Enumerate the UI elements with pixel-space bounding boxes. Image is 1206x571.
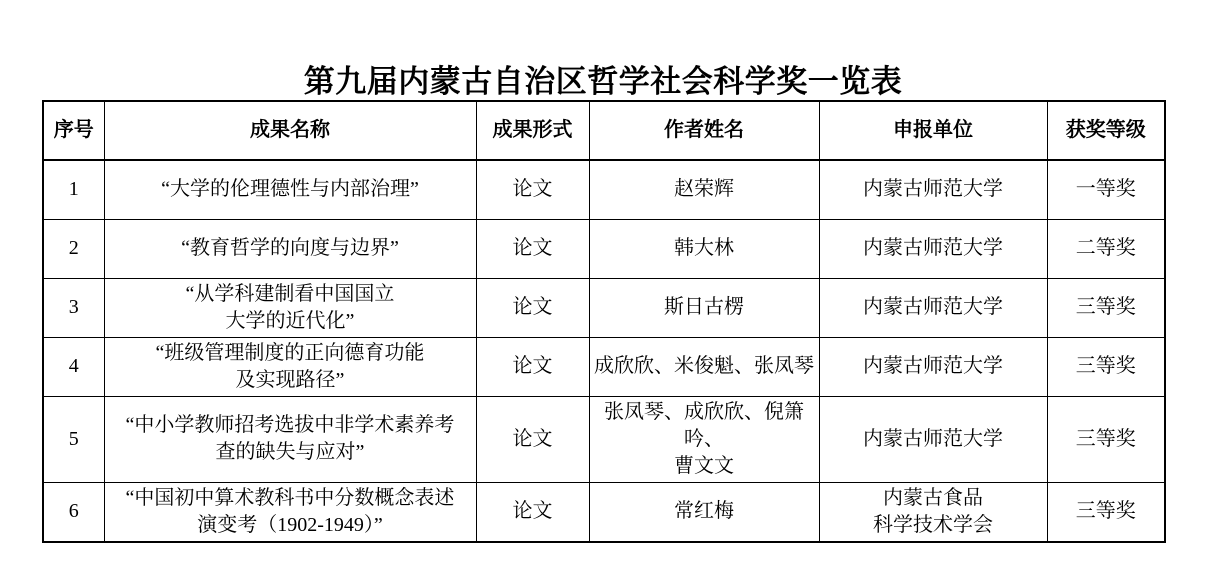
cell-achievement-form: 论文 <box>476 160 589 219</box>
cell-award-level: 一等奖 <box>1047 160 1165 219</box>
cell-author-name: 斯日古楞 <box>589 278 819 337</box>
cell-achievement-name: “中小学教师招考选拔中非学术素养考 查的缺失与应对” <box>104 396 476 482</box>
cell-achievement-form: 论文 <box>476 219 589 278</box>
cell-award-level: 三等奖 <box>1047 337 1165 396</box>
header-row: 序号 成果名称 成果形式 作者姓名 申报单位 获奖等级 <box>43 101 1165 160</box>
cell-declaring-unit: 内蒙古师范大学 <box>819 278 1047 337</box>
cell-author-name: 赵荣辉 <box>589 160 819 219</box>
cell-author-name: 常红梅 <box>589 482 819 542</box>
cell-serial: 4 <box>43 337 104 396</box>
table-row: 3 “从学科建制看中国国立 大学的近代化” 论文 斯日古楞 内蒙古师范大学 三等… <box>43 278 1165 337</box>
cell-achievement-form: 论文 <box>476 482 589 542</box>
cell-declaring-unit: 内蒙古师范大学 <box>819 396 1047 482</box>
cell-award-level: 三等奖 <box>1047 482 1165 542</box>
cell-award-level: 三等奖 <box>1047 278 1165 337</box>
table-row: 5 “中小学教师招考选拔中非学术素养考 查的缺失与应对” 论文 张凤琴、成欣欣、… <box>43 396 1165 482</box>
awards-table: 序号 成果名称 成果形式 作者姓名 申报单位 获奖等级 1 “大学的伦理德性与内… <box>42 100 1166 543</box>
page-title: 第九届内蒙古自治区哲学社会科学奖一览表 <box>0 56 1206 101</box>
cell-author-name: 韩大林 <box>589 219 819 278</box>
cell-author-name: 成欣欣、米俊魁、张凤琴 <box>589 337 819 396</box>
cell-achievement-name: “大学的伦理德性与内部治理” <box>104 160 476 219</box>
cell-serial: 3 <box>43 278 104 337</box>
cell-award-level: 二等奖 <box>1047 219 1165 278</box>
document-page: 第九届内蒙古自治区哲学社会科学奖一览表 序号 成果名称 成果形式 作者姓名 申报… <box>0 0 1206 571</box>
cell-achievement-name: “班级管理制度的正向德育功能 及实现路径” <box>104 337 476 396</box>
table-row: 6 “中国初中算术教科书中分数概念表述 演变考（1902-1949）” 论文 常… <box>43 482 1165 542</box>
cell-achievement-name: “教育哲学的向度与边界” <box>104 219 476 278</box>
cell-achievement-form: 论文 <box>476 396 589 482</box>
cell-achievement-form: 论文 <box>476 337 589 396</box>
cell-serial: 6 <box>43 482 104 542</box>
col-header-achievement-form: 成果形式 <box>476 101 589 160</box>
cell-author-name: 张凤琴、成欣欣、倪箫吟、 曹文文 <box>589 396 819 482</box>
col-header-award-level: 获奖等级 <box>1047 101 1165 160</box>
table-row: 2 “教育哲学的向度与边界” 论文 韩大林 内蒙古师范大学 二等奖 <box>43 219 1165 278</box>
cell-declaring-unit: 内蒙古师范大学 <box>819 337 1047 396</box>
cell-declaring-unit: 内蒙古师范大学 <box>819 219 1047 278</box>
cell-serial: 2 <box>43 219 104 278</box>
cell-serial: 1 <box>43 160 104 219</box>
col-header-author-name: 作者姓名 <box>589 101 819 160</box>
cell-declaring-unit: 内蒙古师范大学 <box>819 160 1047 219</box>
table-row: 1 “大学的伦理德性与内部治理” 论文 赵荣辉 内蒙古师范大学 一等奖 <box>43 160 1165 219</box>
cell-serial: 5 <box>43 396 104 482</box>
cell-achievement-form: 论文 <box>476 278 589 337</box>
cell-award-level: 三等奖 <box>1047 396 1165 482</box>
table-row: 4 “班级管理制度的正向德育功能 及实现路径” 论文 成欣欣、米俊魁、张凤琴 内… <box>43 337 1165 396</box>
cell-achievement-name: “从学科建制看中国国立 大学的近代化” <box>104 278 476 337</box>
col-header-achievement-name: 成果名称 <box>104 101 476 160</box>
col-header-declaring-unit: 申报单位 <box>819 101 1047 160</box>
col-header-serial: 序号 <box>43 101 104 160</box>
cell-declaring-unit: 内蒙古食品 科学技术学会 <box>819 482 1047 542</box>
cell-achievement-name: “中国初中算术教科书中分数概念表述 演变考（1902-1949）” <box>104 482 476 542</box>
